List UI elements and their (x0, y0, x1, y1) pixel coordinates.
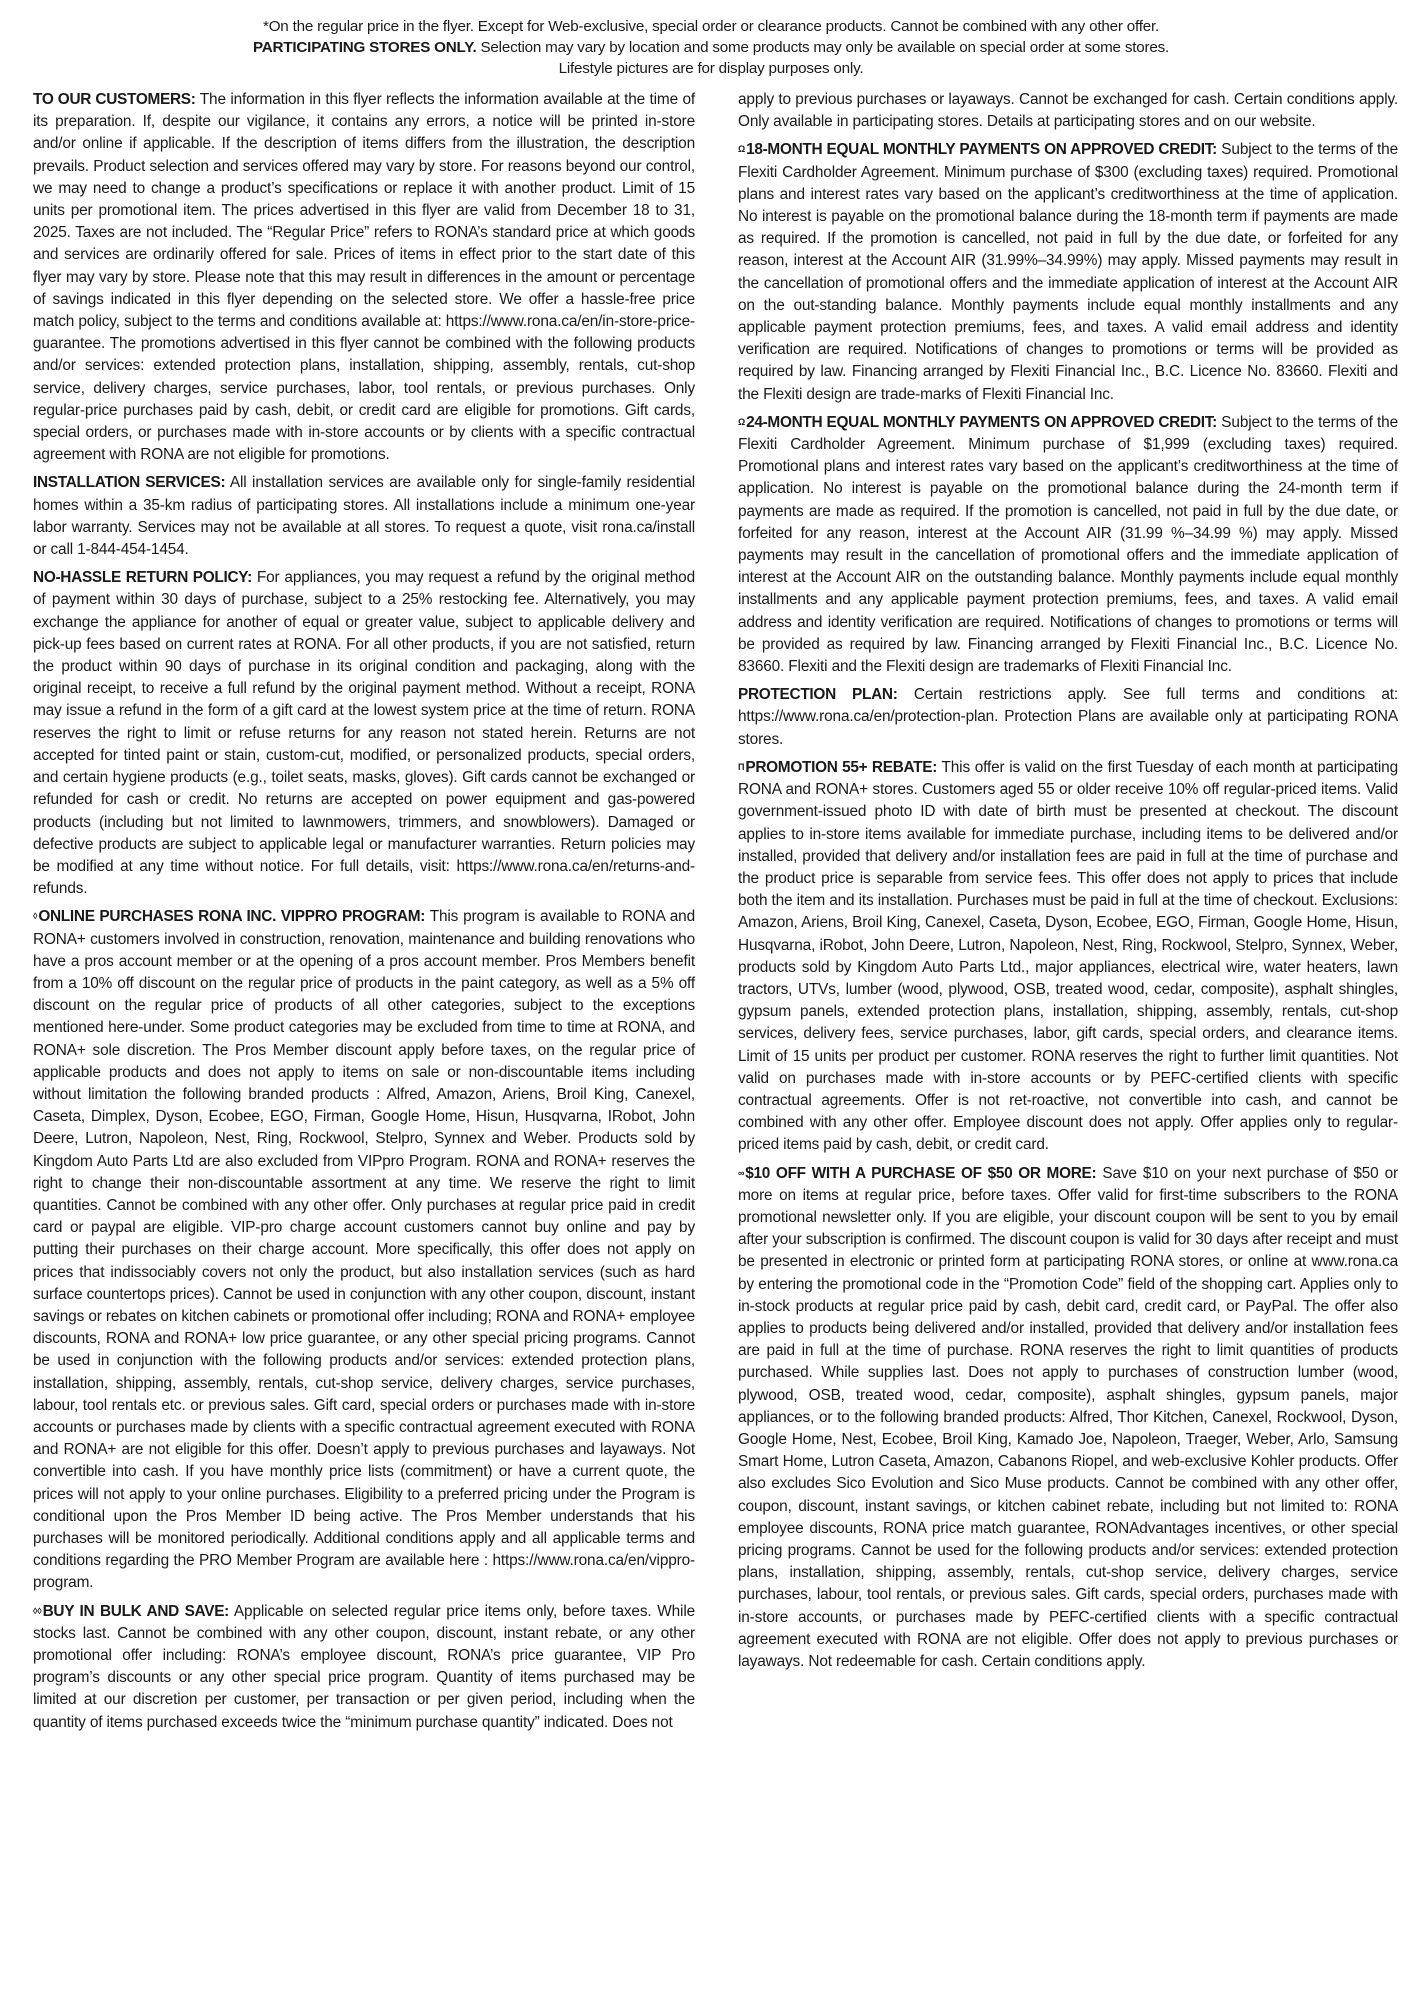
section-return-policy: NO-HASSLE RETURN POLICY: For appliances,… (33, 567, 695, 900)
section-body: For appliances, you may request a refund… (33, 569, 695, 897)
footnote-mark: ∞ (738, 1168, 744, 1178)
section-18-month-credit: Ω18-MONTH EQUAL MONTHLY PAYMENTS ON APPR… (738, 139, 1398, 405)
section-title: TO OUR CUSTOMERS: (33, 91, 196, 108)
section-buy-in-bulk-continued: apply to previous purchases or layaways.… (738, 89, 1398, 133)
section-body: Applicable on selected regular price ite… (33, 1603, 695, 1731)
footnote-mark: Π (738, 762, 744, 772)
flyer-legal-page: *On the regular price in the flyer. Exce… (0, 0, 1422, 2000)
section-promotion-55-rebate: ΠPROMOTION 55+ REBATE: This offer is val… (738, 757, 1398, 1157)
section-body: This offer is valid on the first Tuesday… (738, 759, 1398, 1153)
section-body: The information in this flyer reflects t… (33, 91, 695, 463)
section-title: $10 OFF WITH A PURCHASE OF $50 OR MORE: (745, 1165, 1096, 1182)
right-column: apply to previous purchases or layaways.… (738, 89, 1398, 1679)
section-body: Subject to the terms of the Flexiti Card… (738, 141, 1398, 402)
header-line-2-text: Selection may vary by location and some … (476, 39, 1169, 56)
section-24-month-credit: Ω24-MONTH EQUAL MONTHLY PAYMENTS ON APPR… (738, 412, 1398, 678)
header-line-1: *On the regular price in the flyer. Exce… (0, 16, 1422, 37)
section-title: BUY IN BULK AND SAVE: (43, 1603, 229, 1620)
section-title: ONLINE PURCHASES RONA INC. VIPPRO PROGRA… (38, 908, 425, 925)
header-line-3: Lifestyle pictures are for display purpo… (0, 58, 1422, 79)
section-body: Subject to the terms of the Flexiti Card… (738, 414, 1398, 675)
section-title: NO-HASSLE RETURN POLICY: (33, 569, 252, 586)
section-title: INSTALLATION SERVICES: (33, 474, 225, 491)
section-protection-plan: PROTECTION PLAN: Certain restrictions ap… (738, 684, 1398, 751)
left-column: TO OUR CUSTOMERS: The information in thi… (33, 89, 695, 1740)
disclaimer-header: *On the regular price in the flyer. Exce… (0, 16, 1422, 79)
header-line-2: PARTICIPATING STORES ONLY. Selection may… (0, 37, 1422, 58)
section-vippro-program: ◊ONLINE PURCHASES RONA INC. VIPPRO PROGR… (33, 906, 695, 1594)
section-body: Save $10 on your next purchase of $50 or… (738, 1165, 1398, 1670)
section-title: 18-MONTH EQUAL MONTHLY PAYMENTS ON APPRO… (746, 141, 1217, 158)
section-title: PROTECTION PLAN: (738, 686, 898, 703)
section-title: 24-MONTH EQUAL MONTHLY PAYMENTS ON APPRO… (746, 414, 1217, 431)
section-title: PROMOTION 55+ REBATE: (745, 759, 937, 776)
section-10-off-50: ∞$10 OFF WITH A PURCHASE OF $50 OR MORE:… (738, 1163, 1398, 1674)
section-installation-services: INSTALLATION SERVICES: All installation … (33, 472, 695, 561)
footnote-mark: ◊◊ (33, 1606, 42, 1616)
participating-stores-label: PARTICIPATING STORES ONLY. (253, 39, 476, 56)
footnote-mark: ◊ (33, 911, 37, 921)
section-buy-in-bulk: ◊◊BUY IN BULK AND SAVE: Applicable on se… (33, 1601, 695, 1734)
footnote-mark: Ω (738, 417, 745, 427)
section-to-our-customers: TO OUR CUSTOMERS: The information in thi… (33, 89, 695, 466)
section-body: This program is available to RONA and RO… (33, 908, 695, 1591)
footnote-mark: Ω (738, 144, 745, 154)
